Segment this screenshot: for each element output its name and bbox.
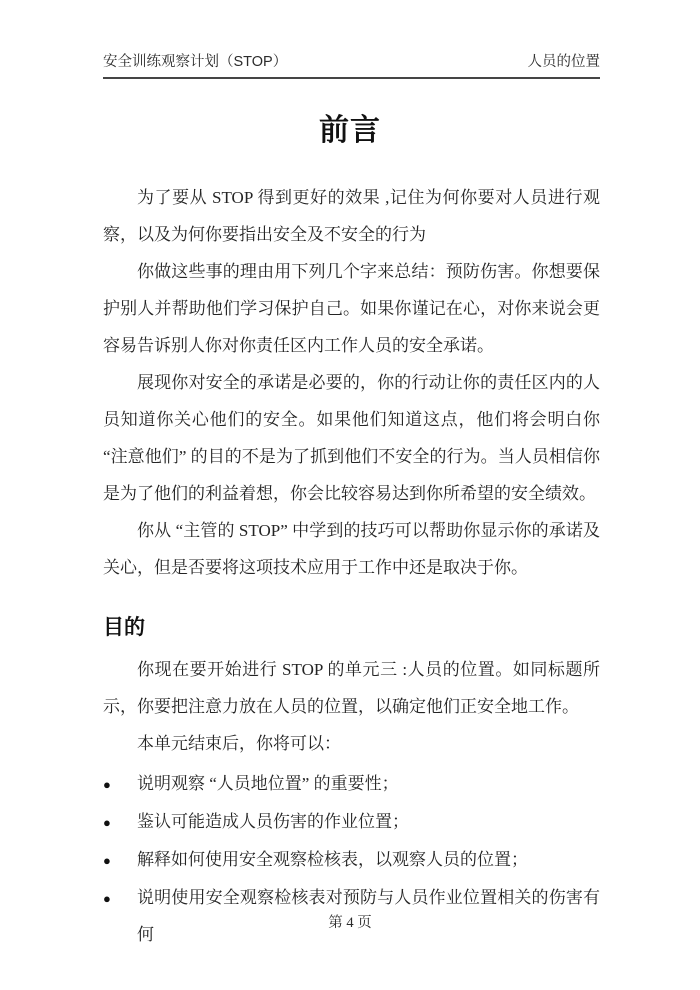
bullet-icon: ● [103, 804, 137, 841]
page-header: 安全训练观察计划（STOP） 人员的位置 [103, 0, 600, 71]
list-item-text: 鉴认可能造成人员伤害的作业位置； [137, 803, 600, 840]
intro-paragraph-2: 你做这些事的理由用下列几个字来总结：预防伤害。你想要保护别人并帮助他们学习保护自… [103, 253, 600, 364]
header-rule [103, 77, 600, 79]
page-footer: 第 4 页 [0, 911, 700, 932]
list-item: ● 解释如何使用安全观察检核表，以观察人员的位置； [103, 841, 600, 879]
page-number: 第 4 页 [328, 915, 372, 931]
list-item: ● 说明观察 “人员地位置” 的重要性； [103, 765, 600, 803]
section-heading-purpose: 目的 [103, 611, 600, 641]
intro-paragraph-4: 你从 “主管的 STOP” 中学到的技巧可以帮助你显示你的承诺及关心，但是否要将… [103, 512, 600, 586]
bullet-icon: ● [103, 842, 137, 879]
document-title: 前言 [0, 105, 700, 149]
header-right-title: 人员的位置 [528, 50, 601, 71]
list-item-text: 解释如何使用安全观察检核表，以观察人员的位置； [137, 841, 600, 878]
section-paragraph-1: 你现在要开始进行 STOP 的单元三 :人员的位置。如同标题所示，你要把注意力放… [103, 651, 600, 725]
header-left-title: 安全训练观察计划（STOP） [103, 50, 287, 71]
intro-paragraph-3: 展现你对安全的承诺是必要的，你的行动让你的责任区内的人员知道你关心他们的安全。如… [103, 364, 600, 512]
document-page: 安全训练观察计划（STOP） 人员的位置 前言 为了要从 STOP 得到更好的效… [0, 0, 700, 990]
bullet-icon: ● [103, 766, 137, 803]
intro-paragraph-1: 为了要从 STOP 得到更好的效果 ,记住为何你要对人员进行观察，以及为何你要指… [103, 179, 600, 253]
list-item: ● 鉴认可能造成人员伤害的作业位置； [103, 803, 600, 841]
list-item-text: 说明观察 “人员地位置” 的重要性； [137, 765, 600, 802]
document-body: 为了要从 STOP 得到更好的效果 ,记住为何你要对人员进行观察，以及为何你要指… [103, 179, 600, 953]
section-paragraph-2: 本单元结束后，你将可以： [103, 725, 600, 762]
